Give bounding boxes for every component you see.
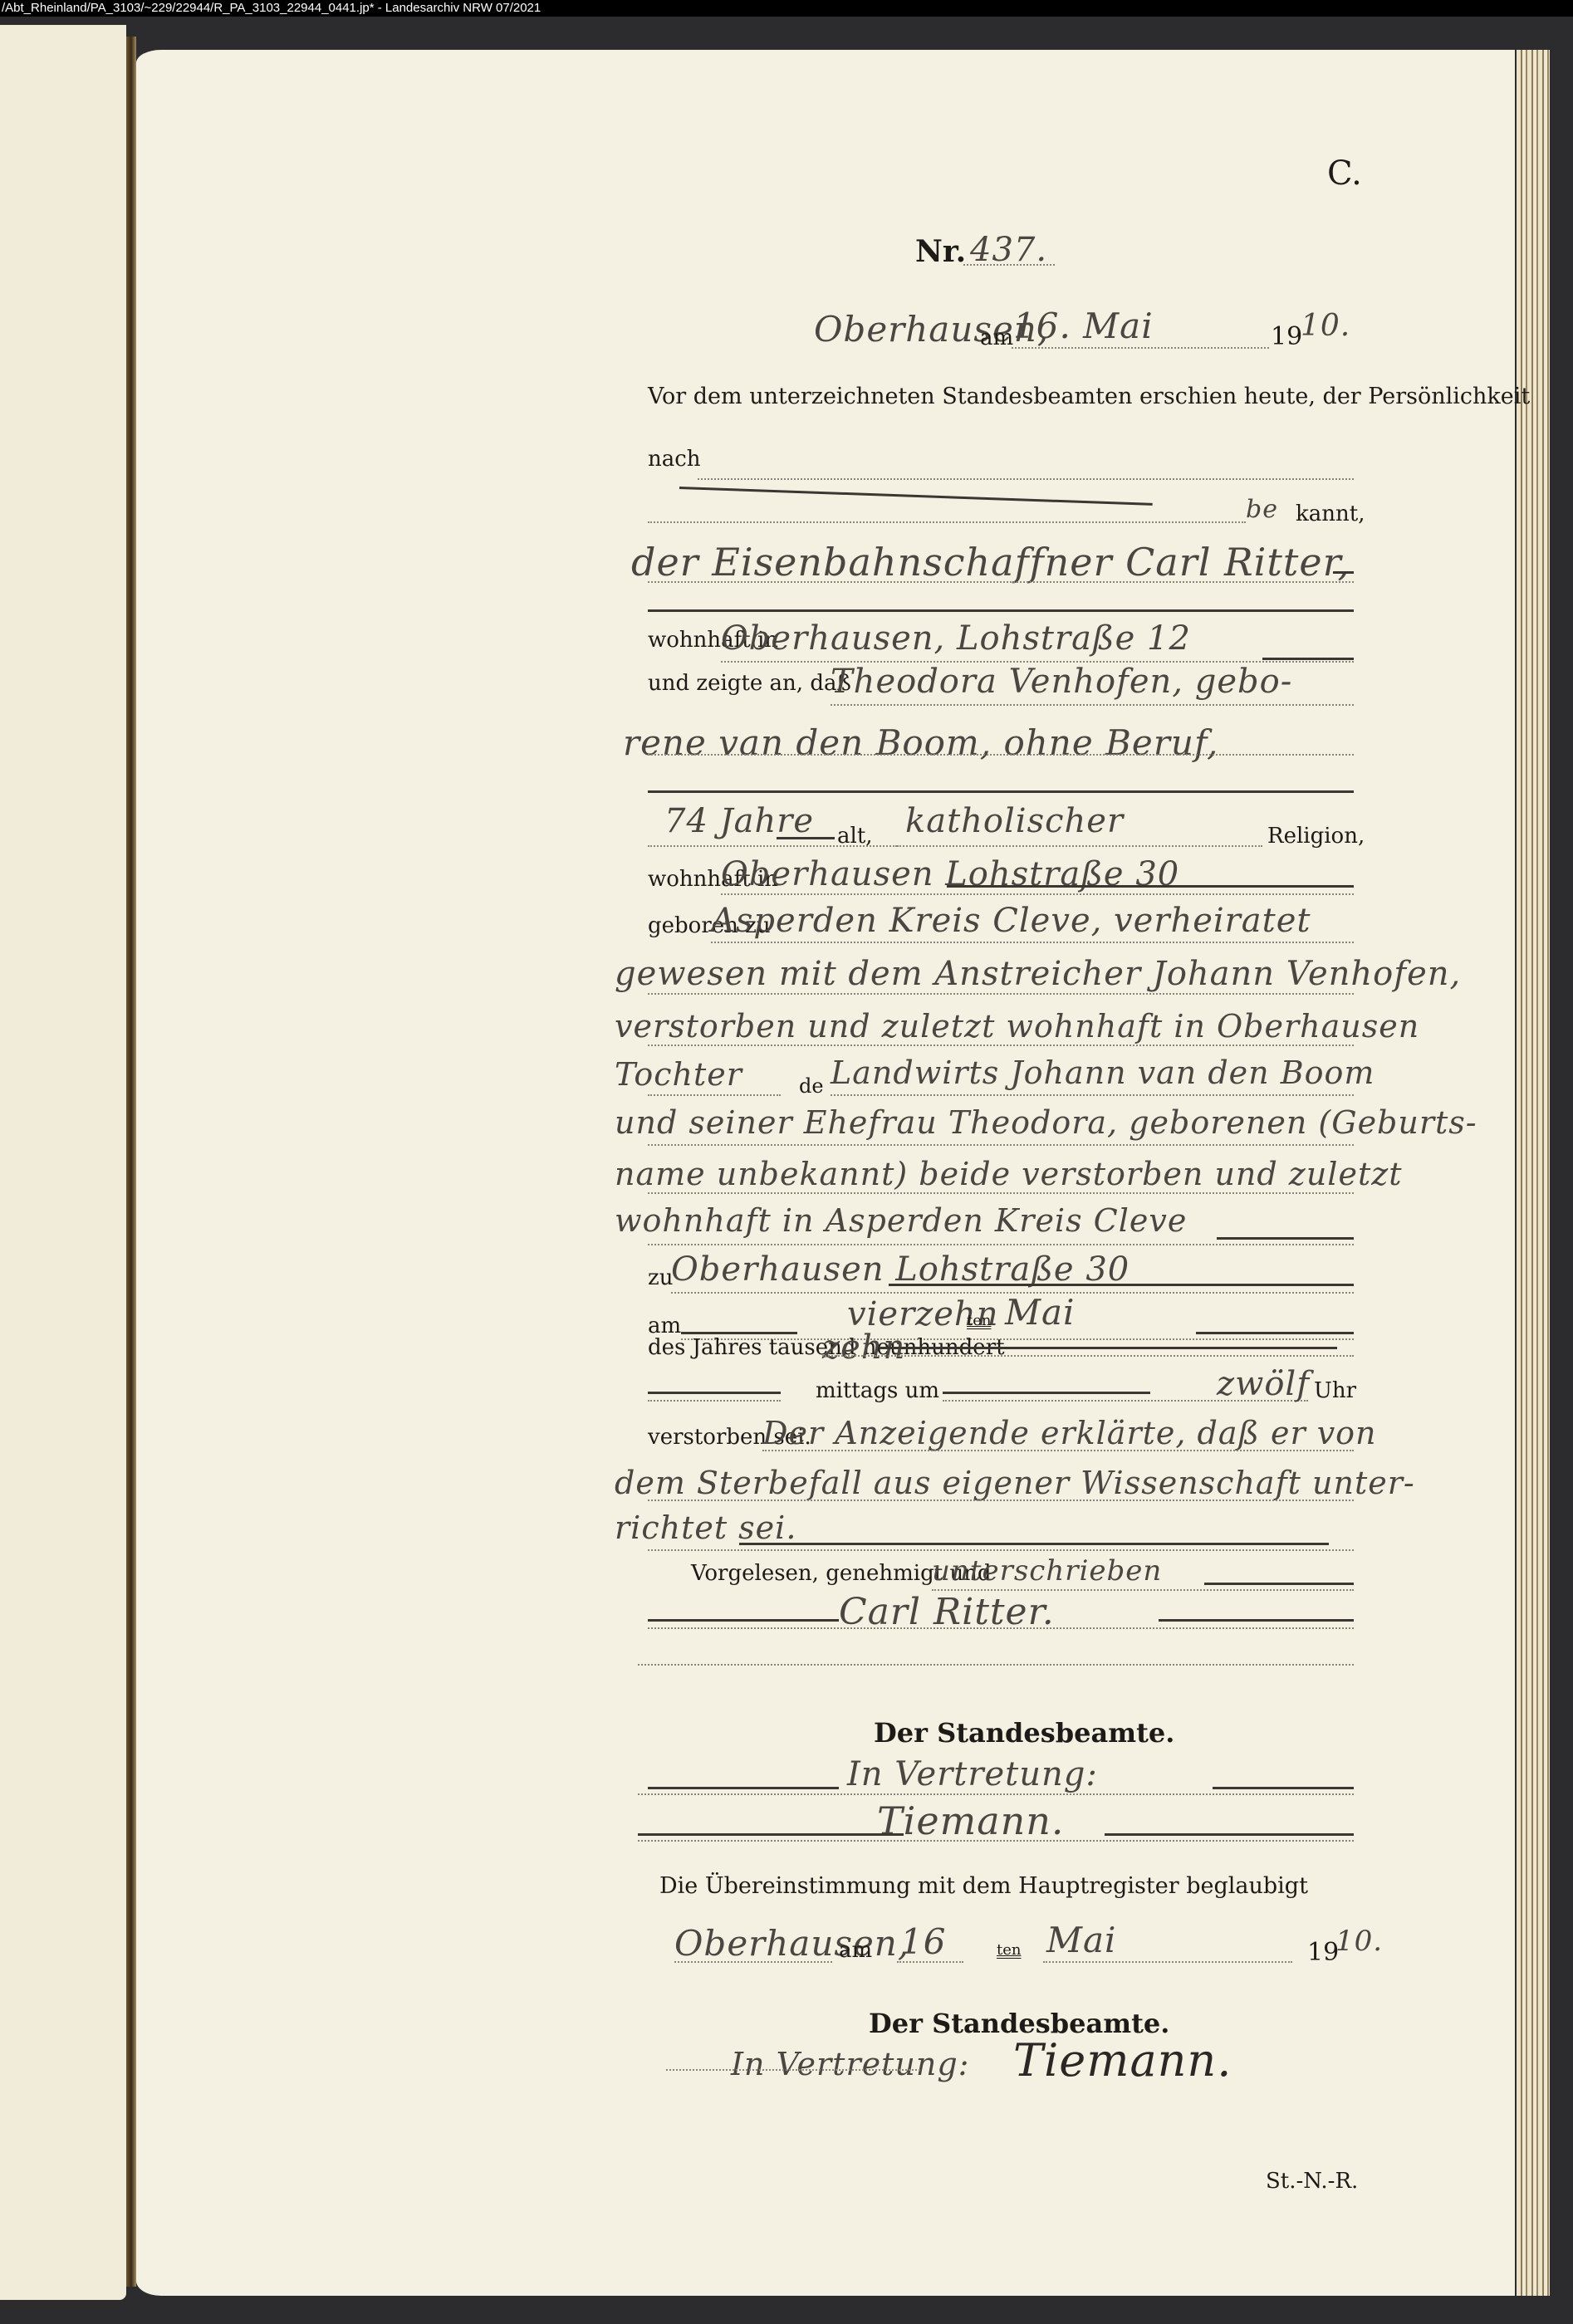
remark-3: richtet sei.	[615, 1509, 796, 1546]
signature-fill-right	[1159, 1619, 1354, 1622]
cert-place: Oberhausen,	[674, 1923, 909, 1964]
deceased-residence: Oberhausen Lohstraße 30	[721, 855, 1179, 893]
born-line-2	[648, 993, 1354, 995]
window-title: /Abt_Rheinland/PA_3103/~229/22944/R_PA_3…	[2, 1, 541, 15]
record-number: 437.	[970, 231, 1047, 269]
declarant-line	[648, 581, 1354, 583]
cert-place-line	[674, 1961, 832, 1963]
remark-line-1	[762, 1450, 1354, 1451]
deceased-name-2: rene van den Boom, ohne Beruf,	[623, 722, 1218, 763]
window-title-bar: /Abt_Rheinland/PA_3103/~229/22944/R_PA_3…	[0, 0, 1573, 17]
reported-label: und zeigte an, daß	[648, 671, 851, 696]
form-letter: C.	[1327, 154, 1362, 193]
parents-line-4	[648, 1244, 1354, 1245]
read-approved: unterschrieben	[932, 1554, 1162, 1588]
nach-line	[698, 478, 1354, 480]
age-fill	[777, 837, 835, 839]
religion-label: Religion,	[1267, 824, 1365, 849]
hour-fill	[943, 1392, 1150, 1394]
cert-year-prefix: 19	[1307, 1938, 1339, 1967]
registrar-line-1	[638, 1793, 1354, 1795]
declarant-name: der Eisenbahnschaffner Carl Ritter,	[631, 540, 1350, 585]
residence2-line	[721, 893, 1354, 895]
death-am-fill	[681, 1332, 797, 1334]
deceased-age: 74 Jahre	[664, 802, 814, 840]
remark-1: Der Anzeigende erklärte, daß er von	[762, 1415, 1377, 1451]
birthplace-3: verstorben und zuletzt wohnhaft in Oberh…	[615, 1008, 1419, 1045]
parents-1: Landwirts Johann van den Boom	[831, 1054, 1375, 1091]
separator-rule-2	[648, 790, 1354, 793]
book-gutter	[126, 37, 136, 2287]
parents-line-3	[648, 1192, 1354, 1194]
cert-day-line	[897, 1961, 963, 1963]
declarant-residence: Oberhausen, Lohstraße 12	[721, 619, 1191, 658]
registrar-line-2	[638, 1840, 1354, 1842]
date-am-label: am	[980, 325, 1013, 350]
death-ten-label: ten	[967, 1312, 991, 1329]
separator-rule	[648, 609, 1354, 612]
parents-2: und seiner Ehefrau Theodora, geborenen (…	[615, 1104, 1477, 1141]
signature-fill-left	[648, 1619, 839, 1622]
mittags-fill	[648, 1392, 781, 1394]
death-place-label: zu	[648, 1265, 673, 1290]
residence-fill	[1262, 658, 1354, 660]
cert-signature: Tiemann.	[1013, 2034, 1232, 2087]
nach-label: nach	[648, 447, 701, 472]
born-line-3	[648, 1045, 1354, 1046]
known-label: kannt,	[1296, 501, 1365, 526]
cert-year-suffix: 10.	[1335, 1925, 1383, 1958]
religion-line	[897, 845, 1262, 847]
death-hour: zwölf	[1217, 1365, 1310, 1403]
reported-line	[831, 704, 1354, 706]
residence2-fill	[947, 885, 1354, 888]
cert-am-label: am	[839, 1938, 872, 1963]
age-label: alt,	[837, 824, 873, 849]
footer-code: St.-N.-R.	[1266, 2169, 1358, 2194]
de-label: de	[799, 1074, 824, 1098]
mittags-line	[648, 1400, 781, 1402]
known-line	[648, 521, 1246, 523]
daughter-line	[648, 1094, 781, 1096]
remark-2: dem Sterbefall aus eigener Wissenschaft …	[615, 1465, 1415, 1501]
certification-text: Die Übereinstimmung mit dem Hauptregiste…	[659, 1873, 1308, 1899]
known-prefix: be	[1246, 495, 1278, 524]
cert-day: 16	[900, 1921, 946, 1962]
intro-text: Vor dem unterzeichneten Standesbeamten e…	[648, 384, 1530, 409]
death-year-line	[822, 1355, 1354, 1357]
cert-signature-line	[666, 2069, 920, 2071]
parents-3: name unbekannt) beide verstorben und zul…	[615, 1156, 1403, 1192]
born-line-1	[711, 942, 1354, 943]
uhr-label: Uhr	[1314, 1378, 1356, 1403]
remark-line-3	[648, 1549, 1354, 1551]
registrar-fill-right	[1213, 1787, 1354, 1789]
parents-fill	[1217, 1237, 1354, 1240]
read-fill	[1204, 1583, 1354, 1585]
blank-line	[638, 1664, 1354, 1666]
mittags-label: mittags um	[816, 1378, 939, 1403]
record-date: 16. Mai	[1013, 306, 1154, 346]
fill-line	[1333, 571, 1354, 574]
parents-line-1	[831, 1094, 1354, 1096]
death-month: Mai	[1005, 1292, 1075, 1333]
daughter-word: Tochter	[615, 1056, 742, 1093]
date-line	[1012, 347, 1269, 349]
registrar-deputy: In Vertretung:	[847, 1755, 1098, 1793]
remark-line-2	[648, 1500, 1354, 1501]
deceased-line	[648, 754, 1354, 756]
registrar-fill-left	[648, 1787, 839, 1789]
death-year-fill	[880, 1347, 1337, 1349]
remark-fill	[739, 1543, 1329, 1545]
registrar-signature: Tiemann.	[877, 1798, 1065, 1843]
cert-month: Mai	[1046, 1920, 1116, 1960]
registrar-fill-left-2	[638, 1833, 904, 1836]
number-label: Nr.	[915, 234, 966, 269]
year-suffix: 10.	[1301, 309, 1350, 343]
registrar-heading: Der Standesbeamte.	[874, 1717, 1174, 1749]
death-place-fill	[889, 1284, 1354, 1286]
parents-line-2	[648, 1144, 1354, 1146]
cert-deputy: In Vertretung:	[731, 2046, 969, 2082]
birthplace-2: gewesen mit dem Anstreicher Johann Venho…	[615, 955, 1461, 993]
signature-line	[648, 1627, 1354, 1629]
cert-month-line	[1043, 1961, 1292, 1963]
year-prefix: 19	[1271, 322, 1302, 351]
left-page	[0, 25, 126, 2300]
parents-4: wohnhaft in Asperden Kreis Cleve	[615, 1202, 1187, 1239]
cert-ten-label: ten	[997, 1941, 1021, 1959]
registrar-fill-right-2	[1105, 1833, 1354, 1836]
birthplace-1: Asperden Kreis Cleve, verheiratet	[711, 902, 1311, 940]
deceased-name-1: Theodora Venhofen, gebo-	[831, 663, 1292, 701]
deceased-religion: katholischer	[905, 802, 1124, 840]
death-month-fill	[1196, 1332, 1354, 1334]
